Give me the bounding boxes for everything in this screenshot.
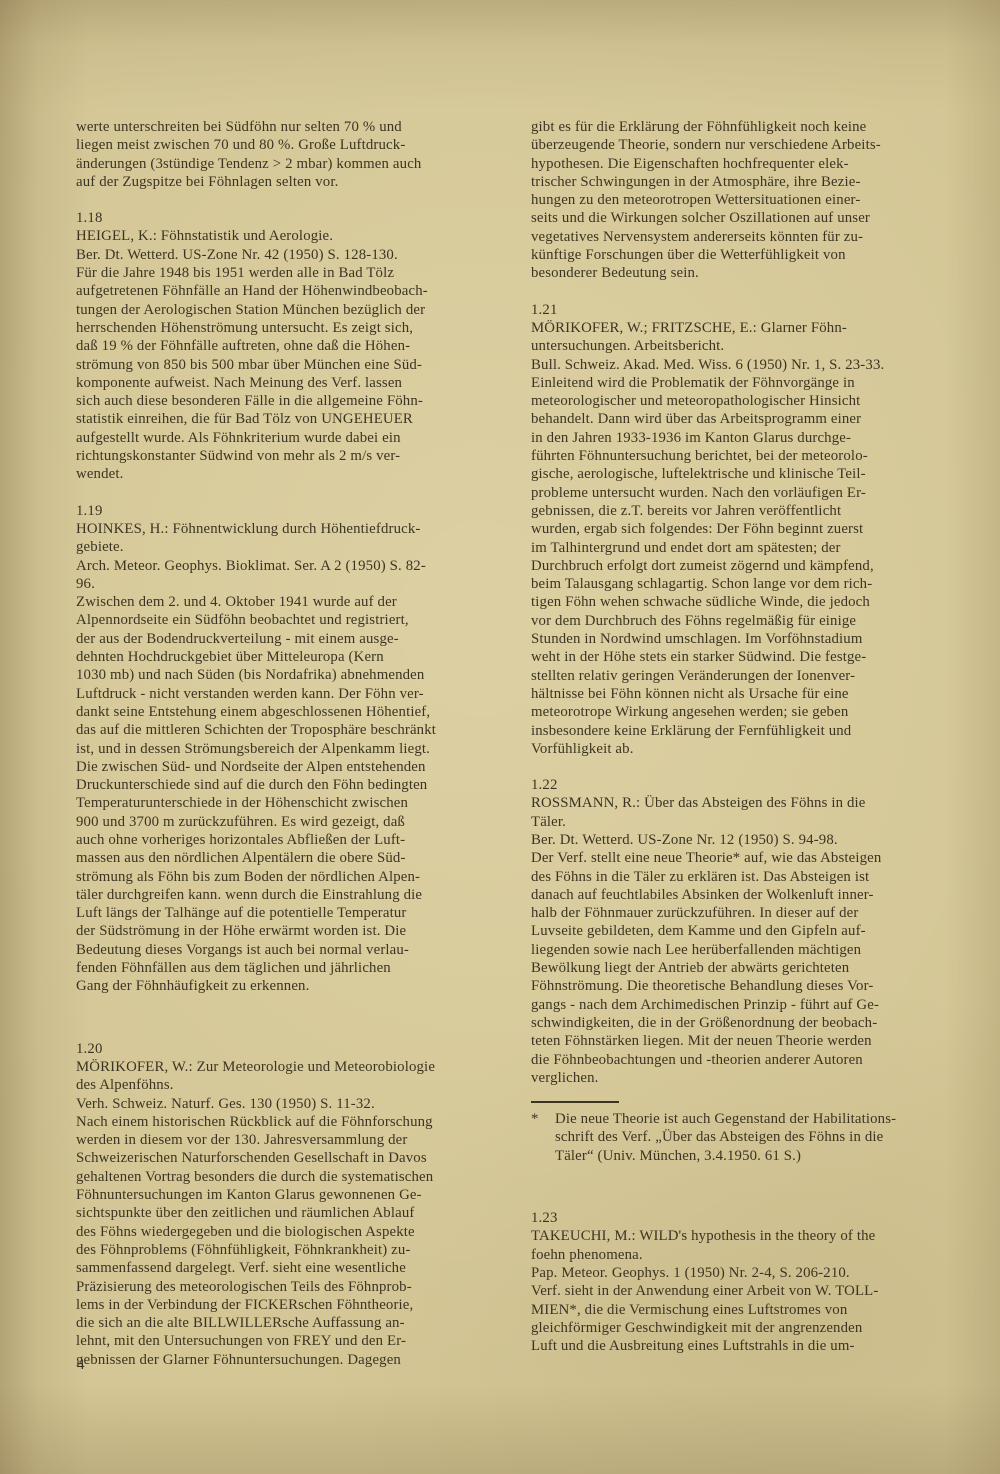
entry-1-23: 1.23 TAKEUCHI, M.: WILD's hypothesis in … [531,1209,969,1355]
entry-text: HEIGEL, K.: Föhnstatistik und Aerologie.… [76,227,510,483]
entry-text: MÖRIKOFER, W.; FRITZSCHE, E.: Glarner Fö… [531,319,969,758]
entry-text: ROSSMANN, R.: Über das Absteigen des Föh… [531,794,969,1087]
entry-text: MÖRIKOFER, W.: Zur Meteorologie und Mete… [76,1058,510,1369]
entry-1-22: 1.22 ROSSMANN, R.: Über das Absteigen de… [531,776,969,1087]
entry-number: 1.23 [531,1209,969,1227]
entry-number: 1.22 [531,776,969,794]
footnote: * Die neue Theorie ist auch Gegenstand d… [531,1101,969,1165]
page-number: 4 [77,1357,85,1374]
entry-text: HOINKES, H.: Föhnentwicklung durch Höhen… [76,520,510,996]
entry-number: 1.19 [76,502,510,520]
entry-number: 1.20 [76,1040,510,1058]
scanned-page: werte unterschreiten bei Südföhn nur sel… [0,0,1000,1474]
footnote-marker: * [531,1110,555,1128]
entry-1-20: 1.20 MÖRIKOFER, W.: Zur Meteorologie und… [76,1040,510,1369]
entry-text: TAKEUCHI, M.: WILD's hypothesis in the t… [531,1227,969,1355]
left-column: werte unterschreiten bei Südföhn nur sel… [76,118,510,1369]
entry-number: 1.18 [76,209,510,227]
entry-1-18: 1.18 HEIGEL, K.: Föhnstatistik und Aerol… [76,209,510,483]
right-column: gibt es für die Erklärung der Föhnfühlig… [531,118,969,1355]
footnote-text: Die neue Theorie ist auch Gegenstand der… [555,1110,969,1165]
paragraph-continuation: werte unterschreiten bei Südföhn nur sel… [76,118,510,191]
entry-number: 1.21 [531,301,969,319]
footnote-rule [531,1101,619,1103]
paragraph-continuation: gibt es für die Erklärung der Föhnfühlig… [531,118,969,283]
entry-1-21: 1.21 MÖRIKOFER, W.; FRITZSCHE, E.: Glarn… [531,301,969,758]
entry-1-19: 1.19 HOINKES, H.: Föhnentwicklung durch … [76,502,510,996]
